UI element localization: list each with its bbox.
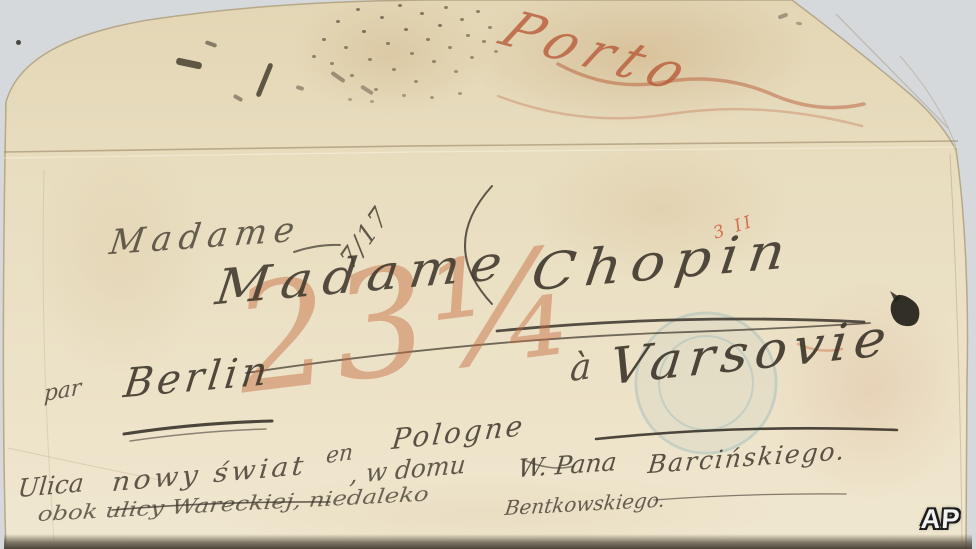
envelope-bottom-edge-shadow: [4, 534, 972, 549]
country-preposition: en: [325, 442, 354, 468]
ap-watermark-label: AP: [920, 504, 962, 535]
street-w-pana: W. Pana: [517, 449, 618, 481]
dest-preposition: à: [569, 349, 592, 389]
ap-watermark: AP: [914, 500, 968, 538]
envelope-photo: Porto 3 II Madame 7/17 23¼ Madame Chopin…: [0, 0, 976, 549]
street-word-ulica: Ulica: [17, 470, 85, 501]
background-dot: [16, 40, 21, 45]
ink-spatter: [0, 0, 4, 3]
